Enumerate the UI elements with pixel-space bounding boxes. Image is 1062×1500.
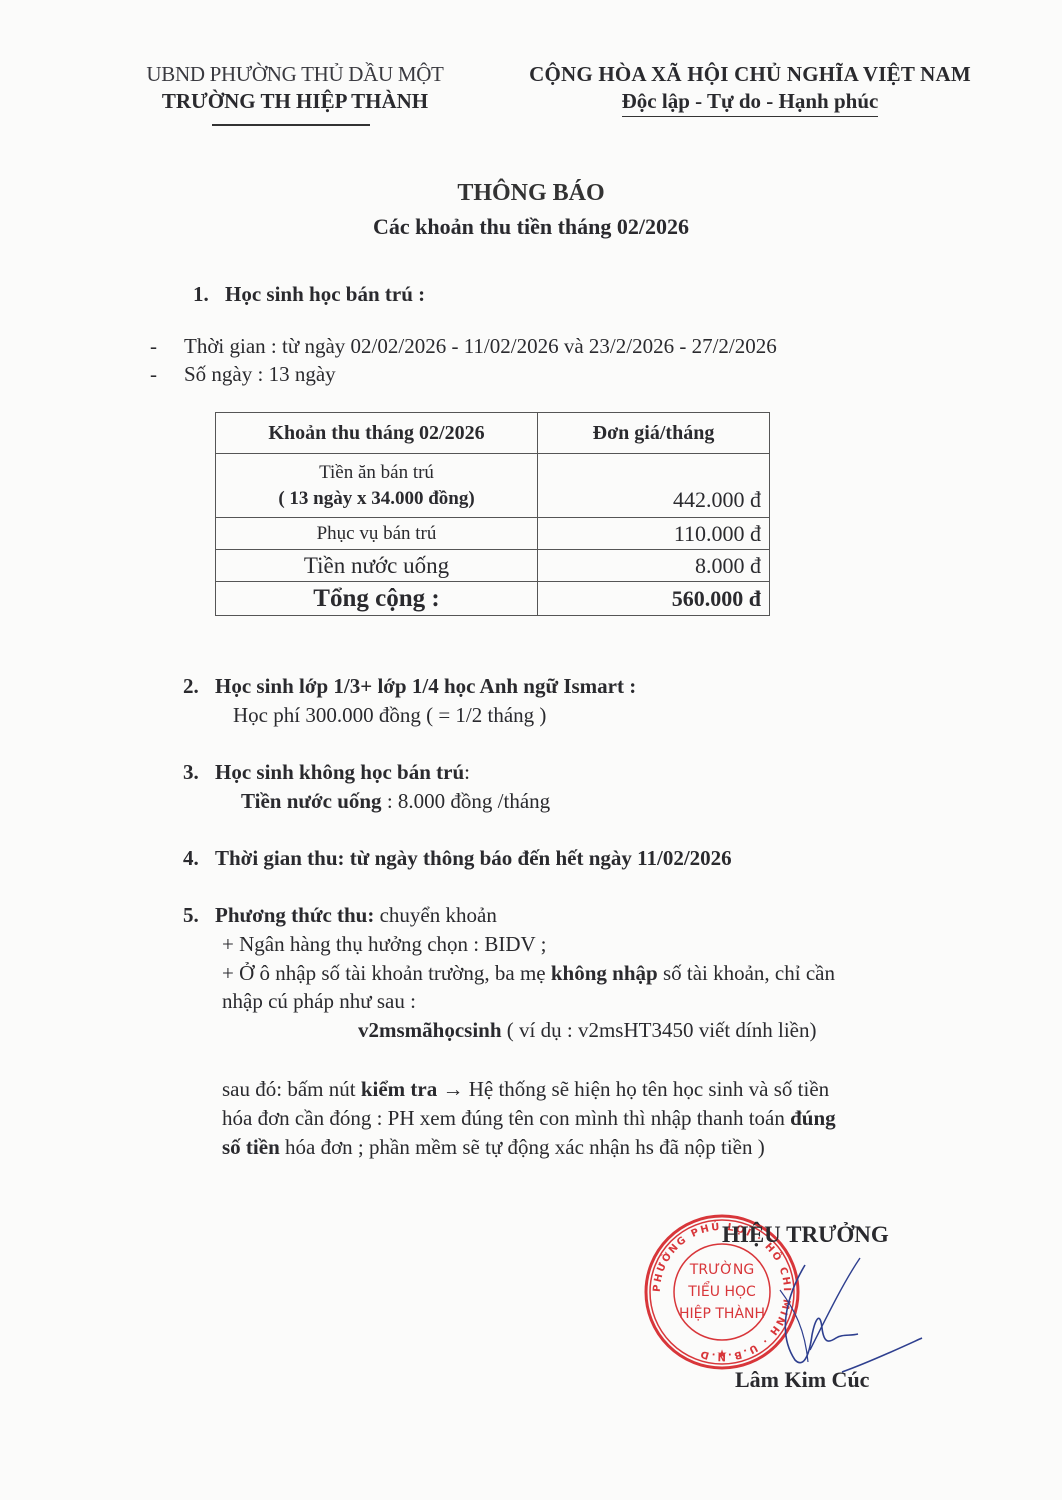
table-header-row: Khoản thu tháng 02/2026 Đơn giá/tháng (216, 413, 770, 454)
section-3-water-fee: Tiền nước uống : 8.000 đồng /tháng (241, 789, 550, 814)
arrow-right-icon: → (437, 1077, 469, 1101)
total-value: 560.000 đ (538, 582, 770, 616)
fee-item: Phục vụ bán trú (216, 518, 538, 550)
column-header: Khoản thu tháng 02/2026 (216, 413, 538, 454)
signer-name: Lâm Kim Cúc (735, 1367, 869, 1393)
total-label: Tổng cộng : (216, 582, 538, 616)
document-title: THÔNG BÁO (0, 180, 1062, 207)
bank-instruction: + Ngân hàng thụ hưởng chọn : BIDV ; (222, 932, 546, 957)
svg-text:★: ★ (717, 1347, 728, 1361)
national-motto-block: CỘNG HÒA XÃ HỘI CHỦ NGHĨA VIỆT NAM Độc l… (500, 62, 1000, 117)
issuing-authority-block: UBND PHƯỜNG THỦ DẦU MỘT TRƯỜNG TH HIỆP T… (110, 62, 480, 126)
table-row: Tiền nước uống 8.000 đ (216, 550, 770, 582)
section-5-heading: 5.Phương thức thu: chuyển khoản (183, 903, 497, 928)
svg-text:TIỂU HỌC: TIỂU HỌC (687, 1281, 756, 1300)
signature-icon (750, 1250, 930, 1380)
svg-text:TRƯỜNG: TRƯỜNG (689, 1260, 754, 1278)
section-1-days: -Số ngày : 13 ngày (150, 362, 336, 387)
fee-item: Tiền ăn bán trú ( 13 ngày x 34.000 đồng) (216, 454, 538, 518)
fee-price: 8.000 đ (538, 550, 770, 582)
document-subtitle: Các khoản thu tiền tháng 02/2026 (0, 214, 1062, 240)
section-2-fee: Học phí 300.000 đồng ( = 1/2 tháng ) (233, 703, 546, 728)
table-row: Tiền ăn bán trú ( 13 ngày x 34.000 đồng)… (216, 454, 770, 518)
country-name: CỘNG HÒA XÃ HỘI CHỦ NGHĨA VIỆT NAM (500, 62, 1000, 87)
fee-price: 442.000 đ (538, 454, 770, 518)
school-name: TRƯỜNG TH HIỆP THÀNH (110, 89, 480, 114)
payment-syntax: v2msmãhọcsinh ( ví dụ : v2msHT3450 viết … (358, 1018, 817, 1043)
motto: Độc lập - Tự do - Hạnh phúc (622, 89, 879, 117)
divider (212, 124, 370, 126)
section-3-heading: 3.Học sinh không học bán trú: (183, 760, 470, 785)
fee-price: 110.000 đ (538, 518, 770, 550)
account-instruction: + Ở ô nhập số tài khoản trường, ba mẹ kh… (222, 961, 835, 986)
column-header: Đơn giá/tháng (538, 413, 770, 454)
authority-name: UBND PHƯỜNG THỦ DẦU MỘT (110, 62, 480, 87)
section-1-heading: 1.Học sinh học bán trú : (193, 282, 425, 307)
section-2-heading: 2.Học sinh lớp 1/3+ lớp 1/4 học Anh ngữ … (183, 674, 636, 699)
section-1-period: -Thời gian : từ ngày 02/02/2026 - 11/02/… (150, 334, 777, 359)
account-instruction-cont: nhập cú pháp như sau : (222, 989, 416, 1014)
section-4-heading: 4.Thời gian thu: từ ngày thông báo đến h… (183, 846, 732, 871)
after-instructions: sau đó: bấm nút kiểm tra → Hệ thống sẽ h… (222, 1075, 982, 1162)
table-row: Phục vụ bán trú 110.000 đ (216, 518, 770, 550)
fee-table: Khoản thu tháng 02/2026 Đơn giá/tháng Ti… (215, 412, 770, 616)
table-total-row: Tổng cộng : 560.000 đ (216, 582, 770, 616)
signer-title: HIỆU TRƯỞNG (722, 1222, 889, 1248)
fee-item: Tiền nước uống (216, 550, 538, 582)
